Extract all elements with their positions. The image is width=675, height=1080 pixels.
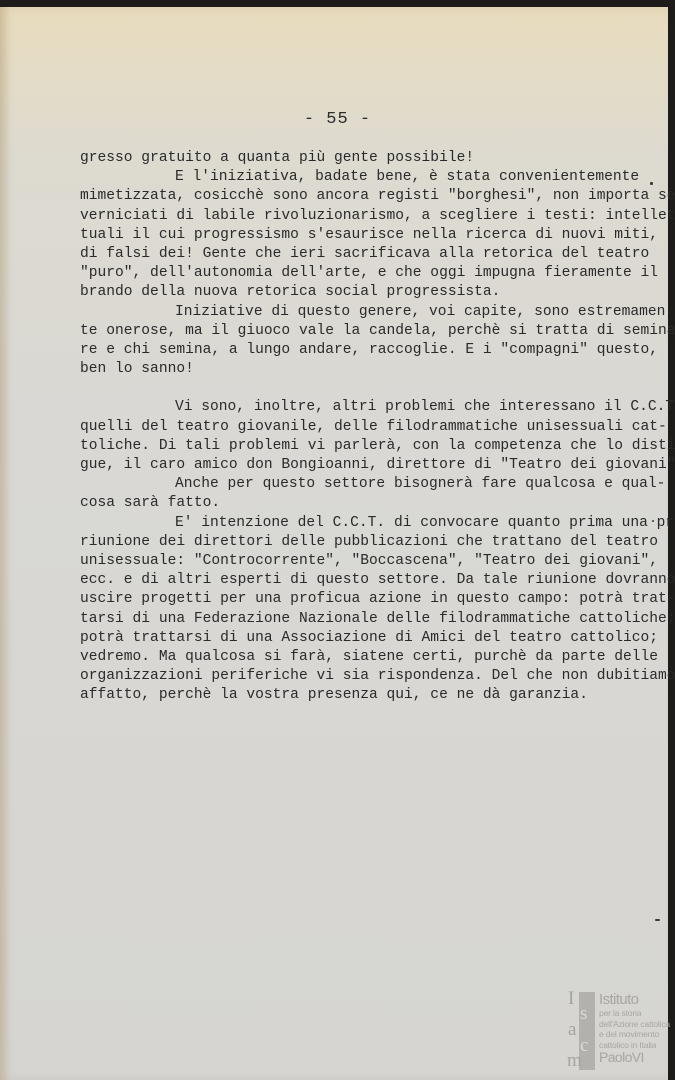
logo-line: Istituto bbox=[599, 992, 670, 1008]
text-line: mimetizzata, cosicchè sono ancora regist… bbox=[80, 187, 675, 206]
text-line: uscire progetti per una proficua azione … bbox=[80, 590, 675, 609]
text-line: ecc. e di altri esperti di questo settor… bbox=[80, 571, 675, 590]
text-line: vedremo. Ma qualcosa si farà, siatene ce… bbox=[80, 648, 675, 667]
text-line: te onerose, ma il giuoco vale la candela… bbox=[80, 322, 675, 341]
logo-letter: m bbox=[567, 1053, 582, 1069]
text-line: tarsi di una Federazione Nazionale delle… bbox=[80, 610, 675, 629]
logo-letter: s bbox=[580, 1006, 587, 1022]
text-line: potrà trattarsi di una Associazione di A… bbox=[80, 629, 675, 648]
logo-line: PaoloVI bbox=[599, 1050, 670, 1065]
ink-speck bbox=[655, 919, 660, 921]
logo-line: e del movimento bbox=[599, 1029, 670, 1040]
text-line: ben lo sanno! bbox=[80, 360, 675, 379]
logo-line: dell'Azione cattolica bbox=[599, 1019, 670, 1030]
text-line: Vi sono, inoltre, altri problemi che int… bbox=[80, 398, 675, 417]
text-line: verniciati di labile rivoluzionarismo, a… bbox=[80, 207, 675, 226]
logo-letter: a bbox=[568, 1022, 576, 1038]
logo-text: Istitutoper la storiadell'Azione cattoli… bbox=[599, 992, 670, 1065]
logo-line: per la storia bbox=[599, 1008, 670, 1019]
text-line: affatto, perchè la vostra presenza qui, … bbox=[80, 686, 675, 705]
text-line: gue, il caro amico don Bongioanni, diret… bbox=[80, 456, 675, 475]
page-number: - 55 - bbox=[0, 110, 675, 129]
text-line: gresso gratuito a quanta più gente possi… bbox=[80, 149, 675, 168]
typewritten-body: gresso gratuito a quanta più gente possi… bbox=[80, 149, 675, 705]
text-line: riunione dei direttori delle pubblicazio… bbox=[80, 533, 675, 552]
text-line: organizzazioni periferiche vi sia rispon… bbox=[80, 667, 675, 686]
text-line: tuali il cui progressismo s'esaurisce ne… bbox=[80, 226, 675, 245]
text-line: Iniziative di questo genere, voi capite,… bbox=[80, 303, 675, 322]
logo-letter: I bbox=[568, 991, 574, 1007]
text-line: "puro", dell'autonomia dell'arte, e che … bbox=[80, 264, 675, 283]
text-line: re e chi semina, a lungo andare, raccogl… bbox=[80, 341, 675, 360]
text-line: Anche per questo settore bisognerà fare … bbox=[80, 475, 675, 494]
text-line: E' intenzione del C.C.T. di convocare qu… bbox=[80, 514, 675, 533]
text-line: toliche. Di tali problemi vi parlerà, co… bbox=[80, 437, 675, 456]
text-line: di falsi dei! Gente che ieri sacrificava… bbox=[80, 245, 675, 264]
text-line: E l'iniziativa, badate bene, è stata con… bbox=[80, 168, 675, 187]
text-line: brando della nuova retorica social progr… bbox=[80, 283, 675, 302]
text-line: quelli del teatro giovanile, delle filod… bbox=[80, 418, 675, 437]
institute-watermark-logo: Isacm Istitutoper la storiadell'Azione c… bbox=[566, 992, 675, 1070]
text-line: cosa sarà fatto. bbox=[80, 494, 675, 513]
paragraph-gap bbox=[80, 379, 675, 398]
logo-monogram: Isacm bbox=[566, 992, 595, 1070]
text-line: unisessuale: "Controcorrente", "Boccasce… bbox=[80, 552, 675, 571]
